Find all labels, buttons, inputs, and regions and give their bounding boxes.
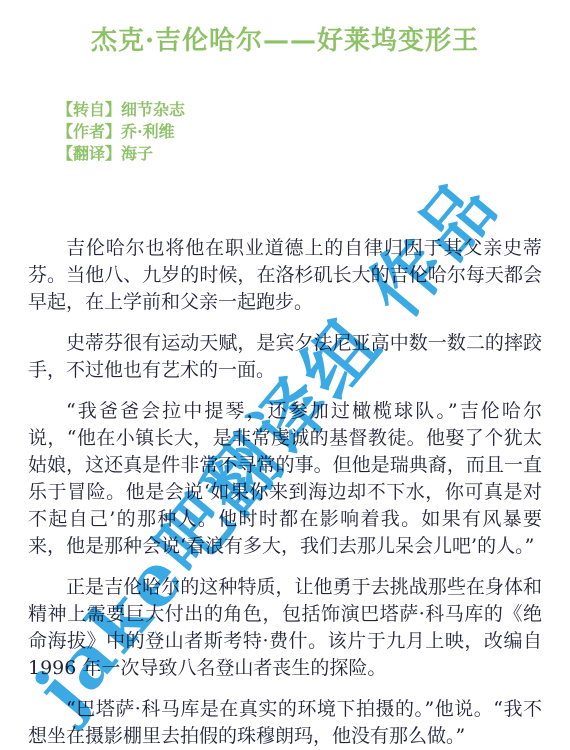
paragraph-1: 吉伦哈尔也将他在职业道德上的自律归因于其父亲史蒂芬。当他八、九岁的时候，在洛杉矶…	[28, 235, 542, 316]
document-page: 杰克·吉伦哈尔——好莱坞变形王 【转自】细节杂志 【作者】乔·利维 【翻译】海子…	[0, 0, 570, 750]
paragraph-3: “我爸爸会拉中提琴，还参加过橄榄球队。”吉伦哈尔说，“他在小镇长大，是非常虔诚的…	[28, 398, 542, 560]
article-title: 杰克·吉伦哈尔——好莱坞变形王	[0, 20, 570, 57]
meta-translator-line: 【翻译】海子	[57, 143, 570, 165]
article-body: 吉伦哈尔也将他在职业道德上的自律归因于其父亲史蒂芬。当他八、九岁的时候，在洛杉矶…	[0, 235, 570, 750]
paragraph-2: 史蒂芬很有运动天赋，是宾夕法尼亚高中数一数二的摔跤手，不过他也有艺术的一面。	[28, 330, 542, 384]
paragraph-5: “巴塔萨·科马库是在真实的环境下拍摄的。”他说。“我不想坐在摄影棚里去拍假的珠穆…	[28, 696, 542, 750]
paragraph-4: 正是吉伦哈尔的这种特质，让他勇于去挑战那些在身体和精神上需要巨大付出的角色，包括…	[28, 574, 542, 682]
meta-author-line: 【作者】乔·利维	[57, 121, 570, 143]
article-meta: 【转自】细节杂志 【作者】乔·利维 【翻译】海子	[0, 99, 570, 165]
meta-source-line: 【转自】细节杂志	[57, 99, 570, 121]
